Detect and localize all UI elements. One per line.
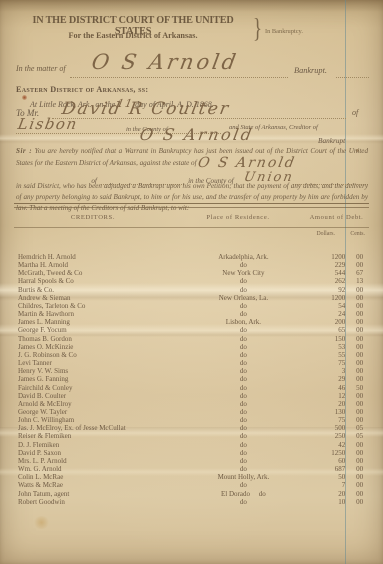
of-label: of: [352, 108, 358, 117]
amount-cents-cell: 00: [350, 318, 369, 326]
residence-cell: do: [182, 432, 305, 440]
amount-cents-cell: 00: [350, 261, 369, 269]
district-subtitle: For the Eastern District of Arkansas.: [16, 31, 250, 40]
amount-cents-cell: 50: [350, 384, 369, 392]
amount-dollars-cell: 60: [305, 457, 351, 465]
creditor-name-cell: Arnold & McElroy: [14, 400, 182, 408]
handwritten-bankrupt-name: O S Arnold: [138, 125, 255, 144]
amount-dollars-cell: 12: [305, 392, 351, 400]
creditor-name-cell: James O. McKinzie: [14, 343, 182, 351]
table-row: Arnold & McElroy do 20 00: [14, 400, 369, 408]
table-row: David B. Coulter do 12 00: [14, 392, 369, 400]
amount-cents-cell: 00: [350, 465, 369, 473]
creditor-name-cell: George F. Yocum: [14, 326, 182, 334]
table-row: James O. McKinzie do 53 00: [14, 343, 369, 351]
residence-cell: Lisbon, Ark.: [182, 318, 305, 326]
bankrupt-label: Bankrupt: [318, 136, 345, 145]
residence-cell: do: [182, 424, 305, 432]
amount-cents-cell: 00: [350, 367, 369, 375]
amount-dollars-cell: 75: [305, 359, 351, 367]
creditor-name-cell: Hemdrich H. Arnold: [14, 253, 182, 261]
table-row: Childres, Tarleton & Co do 54 00: [14, 302, 369, 310]
amount-dollars-cell: 50: [305, 473, 351, 481]
table-row: Thomas B. Gordon do 150 00: [14, 335, 369, 343]
residence-cell: do: [182, 351, 305, 359]
paper-stain: [33, 516, 50, 529]
residence-cell: do: [182, 277, 305, 285]
amount-dollars-cell: 10: [305, 498, 351, 506]
table-row: D. J. Flemiken do 42 00: [14, 441, 369, 449]
residence-cell: do: [182, 261, 305, 269]
amount-cents-cell: 00: [350, 449, 369, 457]
residence-cell: New York City: [182, 269, 305, 277]
amount-dollars-cell: 42: [305, 441, 351, 449]
table-row: David P. Saxon do 1250 00: [14, 449, 369, 457]
amount-dollars-cell: 500: [305, 424, 351, 432]
amount-cents-cell: 00: [350, 490, 369, 498]
residence-cell: do: [182, 449, 305, 457]
amount-dollars-cell: 46: [305, 384, 351, 392]
amount-cents-cell: 00: [350, 408, 369, 416]
amount-cents-cell: 00: [350, 359, 369, 367]
residence-cell: do: [182, 457, 305, 465]
amount-cents-cell: 05: [350, 424, 369, 432]
amount-dollars-cell: 1250: [305, 449, 351, 457]
creditor-name-cell: Harral Spools & Co: [14, 277, 182, 285]
creditor-name-cell: Levi Tanner: [14, 359, 182, 367]
handwritten-creditor-name: David R Coulter: [60, 99, 231, 119]
creditor-name-cell: Martha H. Arnold: [14, 261, 182, 269]
amount-cents-cell: 05: [350, 432, 369, 440]
table-row: John C. Willingham do 75 00: [14, 416, 369, 424]
residence-cell: do: [182, 302, 305, 310]
table-row: Henry V. W. Sims do 3 00: [14, 367, 369, 375]
residence-cell: Mount Holly, Ark.: [182, 473, 305, 481]
creditor-name-cell: John C. Willingham: [14, 416, 182, 424]
amount-dollars-cell: 544: [305, 269, 351, 277]
amount-dollars-cell: 1200: [305, 294, 351, 302]
amount-dollars-cell: 200: [305, 318, 351, 326]
matter-of-label: In the matter of: [16, 64, 66, 73]
amount-dollars-cell: 20: [305, 400, 351, 408]
form-rule: [336, 77, 369, 78]
amount-cents-cell: 00: [350, 351, 369, 359]
table-row: George W. Tayler do 130 00: [14, 408, 369, 416]
residence-cell: do: [182, 384, 305, 392]
creditor-rows: Hemdrich H. Arnold Arkadelphia, Ark. 120…: [14, 253, 369, 506]
residence-cell: El Dorado do: [182, 490, 305, 498]
amount-cents-cell: 00: [350, 441, 369, 449]
table-row: James G. Fanning do 29 00: [14, 375, 369, 383]
residence-cell: do: [182, 400, 305, 408]
amount-dollars-cell: 229: [305, 261, 351, 269]
creditor-name-cell: Fairchild & Conley: [14, 384, 182, 392]
creditor-name-cell: David P. Saxon: [14, 449, 182, 457]
creditor-name-cell: Martin & Hawthorn: [14, 310, 182, 318]
creditor-name-cell: Childres, Tarleton & Co: [14, 302, 182, 310]
creditor-name-cell: John Tatum, agent: [14, 490, 182, 498]
amount-cents-cell: 00: [350, 375, 369, 383]
amount-cents-cell: 00: [350, 392, 369, 400]
amount-dollars-cell: 130: [305, 408, 351, 416]
residence-cell: do: [182, 326, 305, 334]
creditor-name-cell: McGrath, Tweed & Co: [14, 269, 182, 277]
bankruptcy-notice-document: IN THE DISTRICT COURT OF THE UNITED STAT…: [0, 0, 383, 564]
table-header-row: CREDITORS. Place of Residence. Amount of…: [14, 208, 369, 227]
notice-paragraph: Sir : You are hereby notified that a War…: [16, 146, 368, 170]
amount-cents-cell: 00: [350, 457, 369, 465]
residence-cell: do: [182, 375, 305, 383]
table-row: J. G. Robinson & Co do 55 00: [14, 351, 369, 359]
residence-cell: do: [182, 465, 305, 473]
residence-cell: do: [182, 286, 305, 294]
creditor-name-cell: Robert Goodwin: [14, 498, 182, 506]
page-edge-shading: [0, 0, 383, 12]
table-row: Colin L. McRae Mount Holly, Ark. 50 00: [14, 473, 369, 481]
brace-icon: }: [253, 13, 262, 44]
creditor-name-cell: James L. Manning: [14, 318, 182, 326]
residence-cell: New Orleans, La.: [182, 294, 305, 302]
amount-dollars-cell: 65: [305, 326, 351, 334]
amount-cents-cell: 00: [350, 253, 369, 261]
residence-cell: do: [182, 498, 305, 506]
table-row: Mrs. L. P. Arnold do 60 00: [14, 457, 369, 465]
residence-cell: Arkadelphia, Ark.: [182, 253, 305, 261]
amount-cents-cell: 00: [350, 302, 369, 310]
table-row: Reiser & Flemiken do 250 05: [14, 432, 369, 440]
table-row: Wm. G. Arnold do 687 00: [14, 465, 369, 473]
table-row: John Tatum, agent El Dorado do 20 00: [14, 490, 369, 498]
creditor-name-cell: Watts & McRae: [14, 481, 182, 489]
table-row: Levi Tanner do 75 00: [14, 359, 369, 367]
table-row: Burtis & Co. do 92 00: [14, 286, 369, 294]
amount-dollars-cell: 250: [305, 432, 351, 440]
table-row: Martin & Hawthorn do 24 00: [14, 310, 369, 318]
table-row: Fairchild & Conley do 46 50: [14, 384, 369, 392]
residence-cell: do: [182, 335, 305, 343]
creditor-name-cell: Andrew & Sieman: [14, 294, 182, 302]
sir-salutation: Sir :: [16, 147, 32, 155]
creditor-name-cell: Colin L. McRae: [14, 473, 182, 481]
creditor-name-cell: J. G. Robinson & Co: [14, 351, 182, 359]
handwritten-residence: Lisbon: [16, 115, 79, 133]
handwritten-bankrupt-name: O S Arnold: [90, 50, 241, 74]
residence-cell: do: [182, 310, 305, 318]
residence-cell: do: [182, 343, 305, 351]
table-row: Andrew & Sieman New Orleans, La. 1200 00: [14, 294, 369, 302]
district-ss-line: Eastern District of Arkansas, ss:: [16, 85, 148, 94]
amount-subheader: Dollars. Cents.: [14, 228, 369, 241]
creditor-name-cell: David B. Coulter: [14, 392, 182, 400]
form-rule: [70, 77, 288, 78]
amount-dollars-cell: 53: [305, 343, 351, 351]
creditor-name-cell: Wm. G. Arnold: [14, 465, 182, 473]
amount-cents-cell: 00: [350, 481, 369, 489]
amount-cents-cell: 00: [350, 416, 369, 424]
residence-cell: do: [182, 441, 305, 449]
column-header-amount: Amount of Debt.: [304, 214, 369, 221]
amount-cents-cell: 00: [350, 286, 369, 294]
in-bankruptcy-note: In Bankruptcy.: [265, 28, 303, 35]
amount-dollars-cell: 7: [305, 481, 351, 489]
table-row: George F. Yocum do 65 00: [14, 326, 369, 334]
creditor-name-cell: Thomas B. Gordon: [14, 335, 182, 343]
amount-dollars-cell: 20: [305, 490, 351, 498]
amount-cents-cell: 00: [350, 343, 369, 351]
notice-body-1: You are hereby notified that a Warrant i…: [16, 147, 368, 167]
creditor-name-cell: James G. Fanning: [14, 375, 182, 383]
creditor-name-cell: D. J. Flemiken: [14, 441, 182, 449]
amount-cents-cell: 13: [350, 277, 369, 285]
creditor-name-cell: Reiser & Flemiken: [14, 432, 182, 440]
residence-cell: do: [182, 392, 305, 400]
amount-cents-cell: 00: [350, 335, 369, 343]
amount-cents-cell: 00: [350, 294, 369, 302]
amount-dollars-cell: 24: [305, 310, 351, 318]
amount-dollars-cell: 262: [305, 277, 351, 285]
ink-stain: [22, 95, 27, 100]
creditor-name-cell: Jas. J. McElroy, Ex. of Jesse McCullat: [14, 424, 182, 432]
residence-cell: do: [182, 416, 305, 424]
amount-cents-cell: 00: [350, 326, 369, 334]
creditor-name-cell: Henry V. W. Sims: [14, 367, 182, 375]
creditor-name-cell: Burtis & Co.: [14, 286, 182, 294]
table-row: Harral Spools & Co do 262 13: [14, 277, 369, 285]
residence-cell: do: [182, 367, 305, 375]
amount-dollars-cell: 150: [305, 335, 351, 343]
dollars-subheader: Dollars.: [316, 231, 335, 237]
form-rule: [52, 118, 346, 119]
residence-cell: do: [182, 481, 305, 489]
creditor-name-cell: Mrs. L. P. Arnold: [14, 457, 182, 465]
column-header-creditors: CREDITORS.: [14, 214, 172, 221]
amount-cents-cell: 67: [350, 269, 369, 277]
table-row: James L. Manning Lisbon, Ark. 200 00: [14, 318, 369, 326]
cents-subheader: Cents.: [350, 231, 365, 237]
table-row: Robert Goodwin do 10 00: [14, 498, 369, 506]
column-header-residence: Place of Residence.: [172, 214, 304, 221]
amount-dollars-cell: 687: [305, 465, 351, 473]
amount-dollars-cell: 92: [305, 286, 351, 294]
amount-dollars-cell: 29: [305, 375, 351, 383]
amount-cents-cell: 00: [350, 473, 369, 481]
table-row: Martha H. Arnold do 229 00: [14, 261, 369, 269]
amount-dollars-cell: 75: [305, 416, 351, 424]
amount-dollars-cell: 1200: [305, 253, 351, 261]
amount-cents-cell: 00: [350, 400, 369, 408]
amount-dollars-cell: 3: [305, 367, 351, 375]
creditors-table: CREDITORS. Place of Residence. Amount of…: [14, 203, 369, 506]
amount-cents-cell: 00: [350, 498, 369, 506]
amount-dollars-cell: 55: [305, 351, 351, 359]
bankrupt-label: Bankrupt.: [294, 66, 327, 75]
table-row: Watts & McRae do 7 00: [14, 481, 369, 489]
residence-cell: do: [182, 359, 305, 367]
amount-dollars-cell: 54: [305, 302, 351, 310]
amount-cents-cell: 00: [350, 310, 369, 318]
table-row: Hemdrich H. Arnold Arkadelphia, Ark. 120…: [14, 253, 369, 261]
table-row: McGrath, Tweed & Co New York City 544 67: [14, 269, 369, 277]
table-row: Jas. J. McElroy, Ex. of Jesse McCullat d…: [14, 424, 369, 432]
creditor-name-cell: George W. Tayler: [14, 408, 182, 416]
residence-cell: do: [182, 408, 305, 416]
